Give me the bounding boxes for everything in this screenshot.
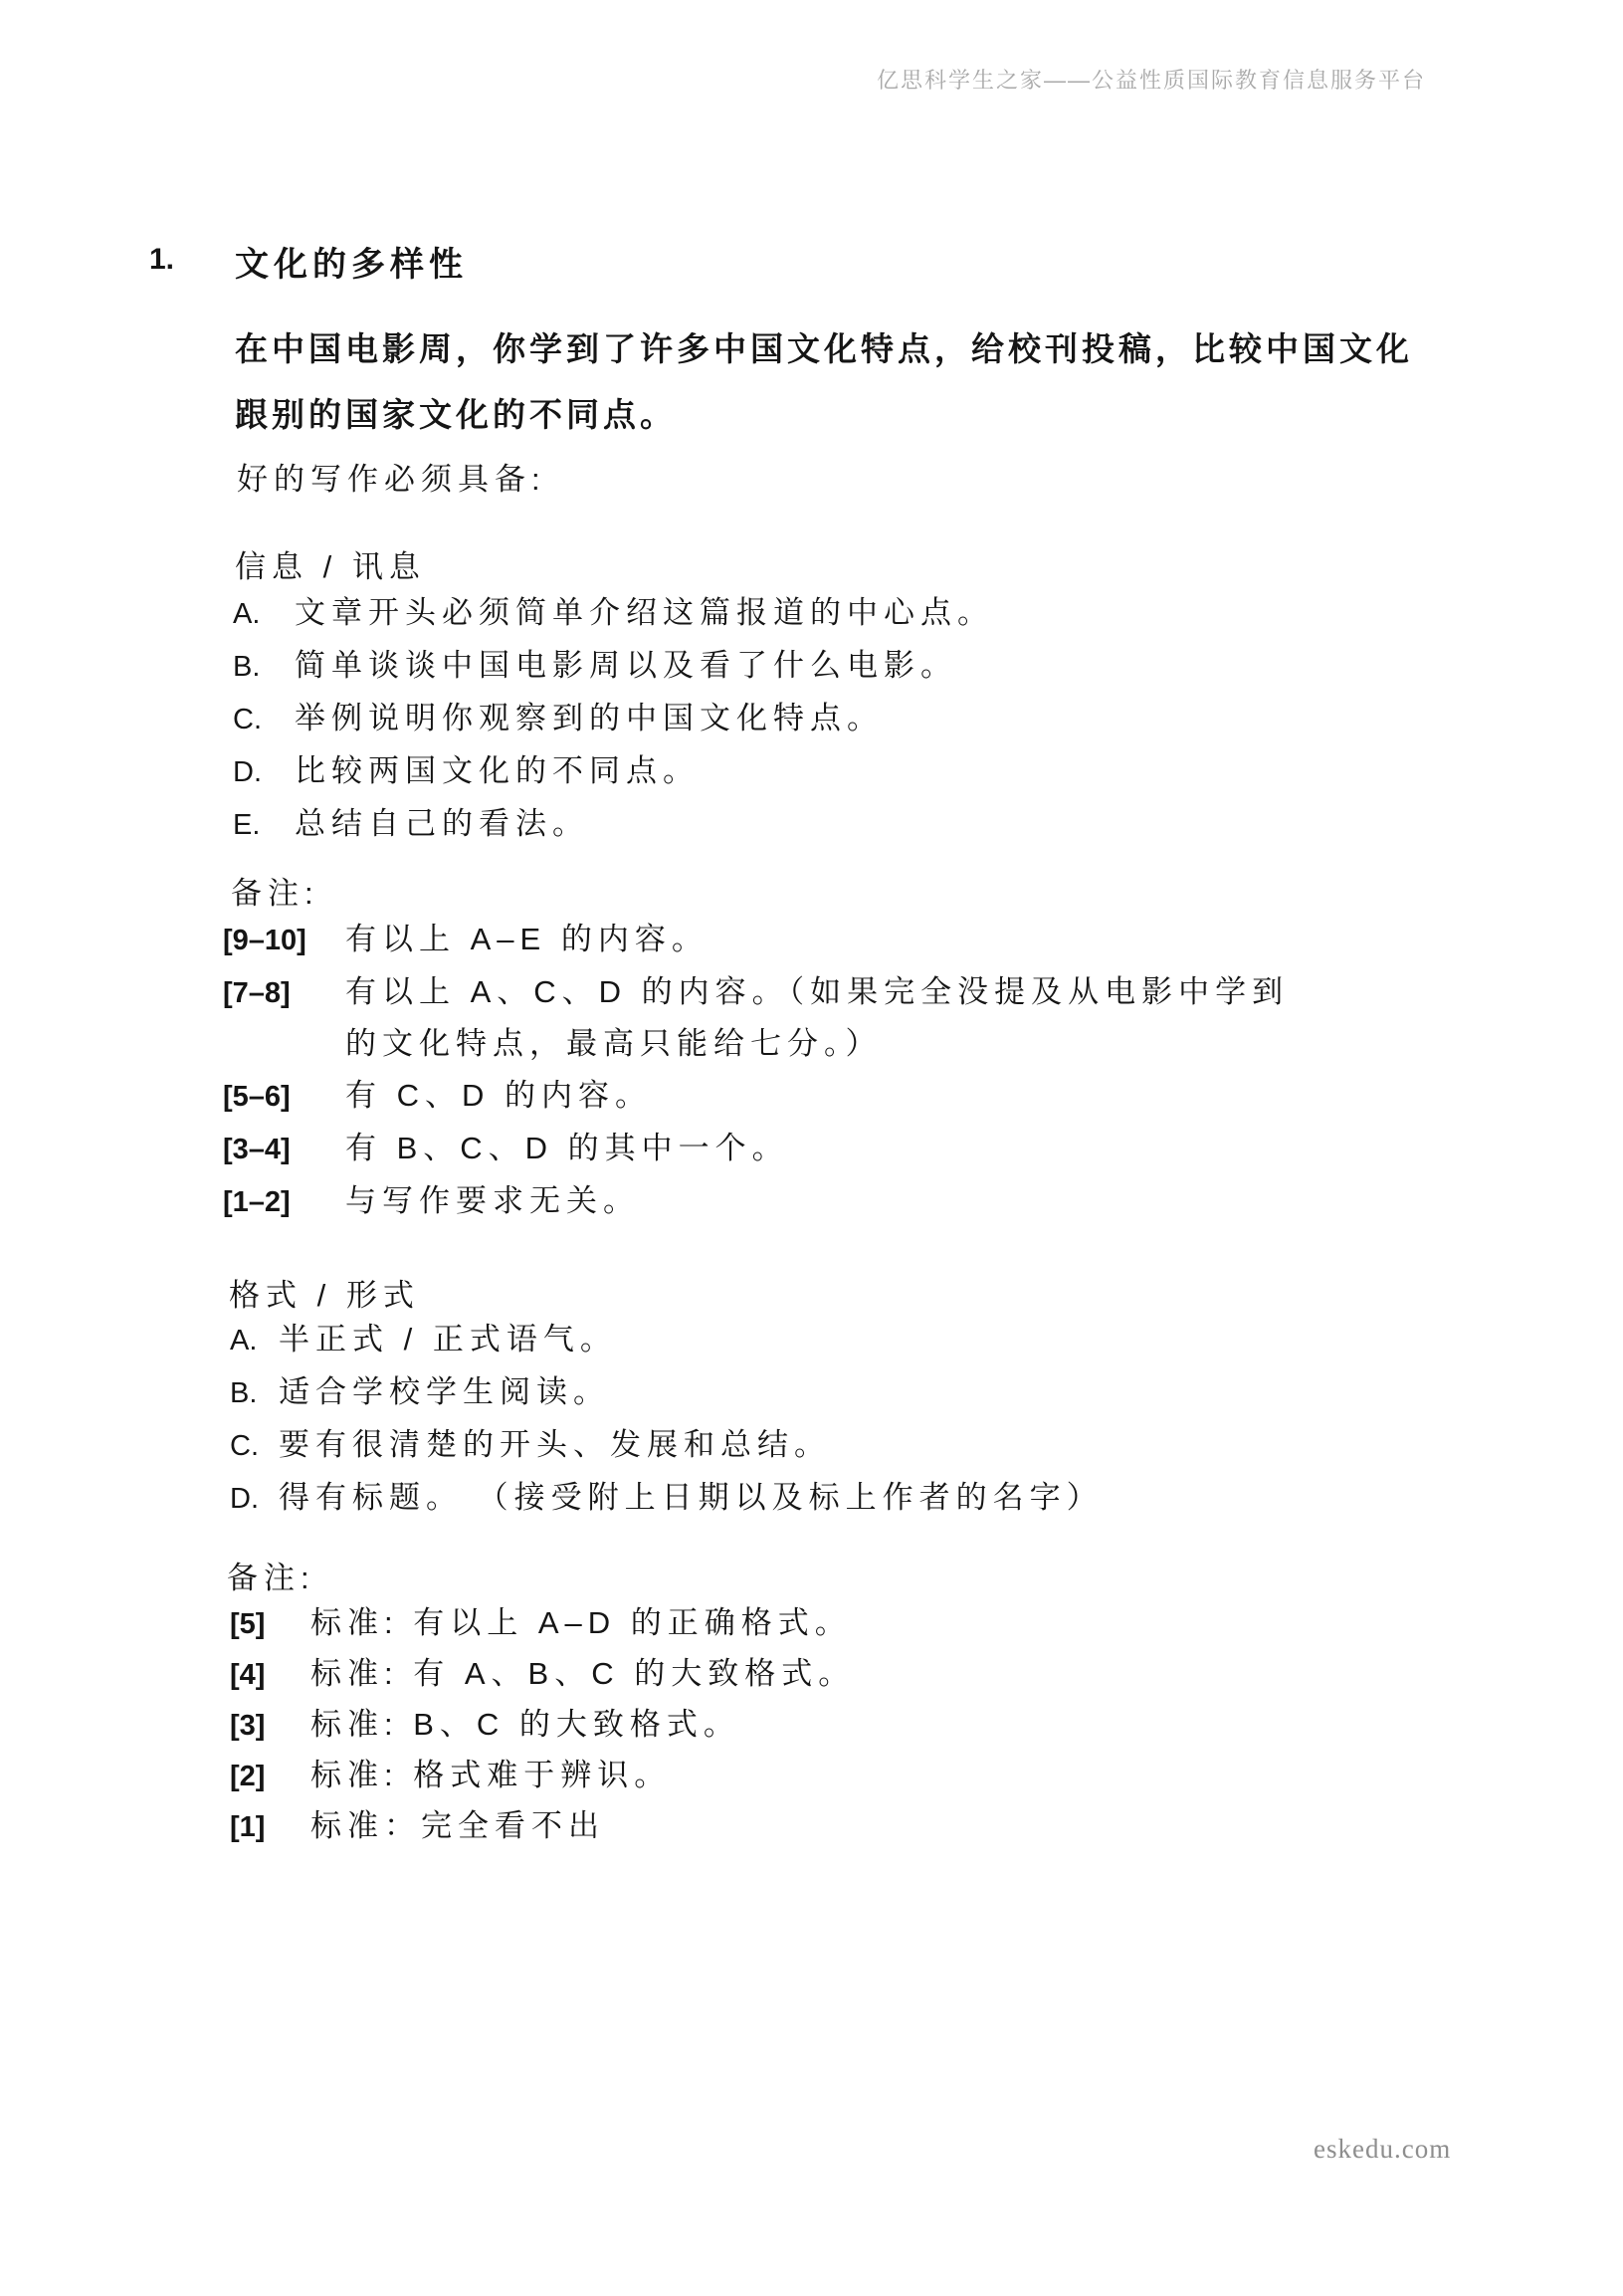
- score-band-row: [7–8] 有以上 A、C、D 的内容。（如果完全没提及从电影中学到 的文化特点…: [223, 966, 1289, 1070]
- score-band-range: [3]: [230, 1701, 310, 1751]
- item-label: A.: [230, 1316, 279, 1366]
- item-text: 适合学校学生阅读。: [279, 1366, 610, 1417]
- item-label: C.: [230, 1421, 279, 1472]
- list-item: A. 文章开头必须简单介绍这篇报道的中心点。: [233, 587, 994, 640]
- item-text: 半正式 / 正式语气。: [279, 1314, 617, 1364]
- score-band-range: [5–6]: [223, 1071, 345, 1123]
- item-text: 总结自己的看法。: [295, 798, 589, 850]
- item-text: 举例说明你观察到的中国文化特点。: [295, 693, 884, 744]
- score-band-range: [4]: [230, 1650, 310, 1700]
- score-band-row: [2] 标准: 格式难于辨识。: [230, 1751, 855, 1801]
- score-band-range: [1]: [230, 1802, 310, 1852]
- score-band-text: 标准: 有以上 A–D 的正确格式。: [310, 1598, 852, 1648]
- question-prompt: 在中国电影周，你学到了许多中国文化特点，给校刊投稿，比较中国文化 跟别的国家文化…: [235, 316, 1528, 448]
- score-band-text: 有 C、D 的内容。: [345, 1070, 652, 1122]
- format-section-heading: 格式 / 形式: [229, 1270, 420, 1315]
- score-band-text: 有以上 A、C、D 的内容。（如果完全没提及从电影中学到 的文化特点，最高只能给…: [345, 966, 1289, 1070]
- score-band-range: [2]: [230, 1752, 310, 1801]
- item-label: D.: [233, 746, 295, 798]
- format-score-bands: [5] 标准: 有以上 A–D 的正确格式。 [4] 标准: 有 A、B、C 的…: [230, 1598, 855, 1852]
- score-band-row: [9–10] 有以上 A–E 的内容。: [223, 914, 1289, 966]
- list-item: C. 举例说明你观察到的中国文化特点。: [233, 693, 994, 745]
- item-label: A.: [233, 588, 295, 640]
- score-band-text: 标准: 格式难于辨识。: [310, 1751, 671, 1800]
- list-item: C. 要有很清楚的开头、发展和总结。: [230, 1419, 1104, 1472]
- score-band-text: 标准: 有 A、B、C 的大致格式。: [310, 1649, 855, 1699]
- score-band-text: 标准: B、C 的大致格式。: [310, 1700, 740, 1750]
- score-band-range: [5]: [230, 1599, 310, 1649]
- list-item: D. 得有标题。 （接受附上日期以及标上作者的名字）: [230, 1472, 1104, 1525]
- item-text: 得有标题。 （接受附上日期以及标上作者的名字）: [279, 1472, 1104, 1523]
- score-band-range: [1–2]: [223, 1176, 345, 1228]
- score-band-row: [3] 标准: B、C 的大致格式。: [230, 1700, 855, 1751]
- info-section-heading: 信息 / 讯息: [235, 541, 426, 586]
- item-text: 比较两国文化的不同点。: [295, 745, 700, 797]
- score-band-row: [1–2] 与写作要求无关。: [223, 1175, 1289, 1228]
- site-footer: eskedu.com: [1314, 2134, 1451, 2165]
- score-band-row: [5–6] 有 C、D 的内容。: [223, 1070, 1289, 1123]
- item-text: 要有很清楚的开头、发展和总结。: [279, 1419, 831, 1470]
- score-band-text: 标准：完全看不出: [310, 1801, 605, 1851]
- item-label: D.: [230, 1474, 279, 1525]
- item-label: E.: [233, 799, 295, 851]
- info-score-bands: [9–10] 有以上 A–E 的内容。 [7–8] 有以上 A、C、D 的内容。…: [223, 914, 1289, 1228]
- document-page: 亿思科学生之家——公益性质国际教育信息服务平台 1. 文化的多样性 在中国电影周…: [0, 0, 1623, 2296]
- writing-requirement-intro: 好的写作必须具备:: [237, 454, 546, 499]
- score-band-text: 有以上 A–E 的内容。: [345, 914, 709, 965]
- score-band-row: [3–4] 有 B、C、D 的其中一个。: [223, 1123, 1289, 1175]
- item-text: 简单谈谈中国电影周以及看了什么电影。: [295, 640, 957, 692]
- list-item: E. 总结自己的看法。: [233, 798, 994, 851]
- score-band-row: [5] 标准: 有以上 A–D 的正确格式。: [230, 1598, 855, 1649]
- info-notes-label: 备注:: [231, 868, 319, 913]
- score-band-range: [3–4]: [223, 1124, 345, 1175]
- item-text: 文章开头必须简单介绍这篇报道的中心点。: [295, 587, 994, 639]
- list-item: B. 适合学校学生阅读。: [230, 1366, 1104, 1419]
- question-number: 1.: [149, 243, 174, 277]
- item-label: B.: [233, 641, 295, 693]
- score-band-range: [9–10]: [223, 915, 345, 966]
- list-item: A. 半正式 / 正式语气。: [230, 1314, 1104, 1366]
- score-band-text: 与写作要求无关。: [345, 1175, 640, 1227]
- list-item: B. 简单谈谈中国电影周以及看了什么电影。: [233, 640, 994, 693]
- question-title: 文化的多样性: [235, 237, 468, 286]
- info-item-list: A. 文章开头必须简单介绍这篇报道的中心点。 B. 简单谈谈中国电影周以及看了什…: [233, 587, 994, 851]
- score-band-range: [7–8]: [223, 967, 345, 1019]
- page-header-note: 亿思科学生之家——公益性质国际教育信息服务平台: [877, 64, 1426, 95]
- list-item: D. 比较两国文化的不同点。: [233, 745, 994, 798]
- score-band-row: [1] 标准：完全看不出: [230, 1801, 855, 1852]
- score-band-text: 有 B、C、D 的其中一个。: [345, 1123, 789, 1174]
- score-band-row: [4] 标准: 有 A、B、C 的大致格式。: [230, 1649, 855, 1700]
- item-label: B.: [230, 1368, 279, 1419]
- format-item-list: A. 半正式 / 正式语气。 B. 适合学校学生阅读。 C. 要有很清楚的开头、…: [230, 1314, 1104, 1525]
- format-notes-label: 备注:: [227, 1553, 315, 1597]
- item-label: C.: [233, 694, 295, 745]
